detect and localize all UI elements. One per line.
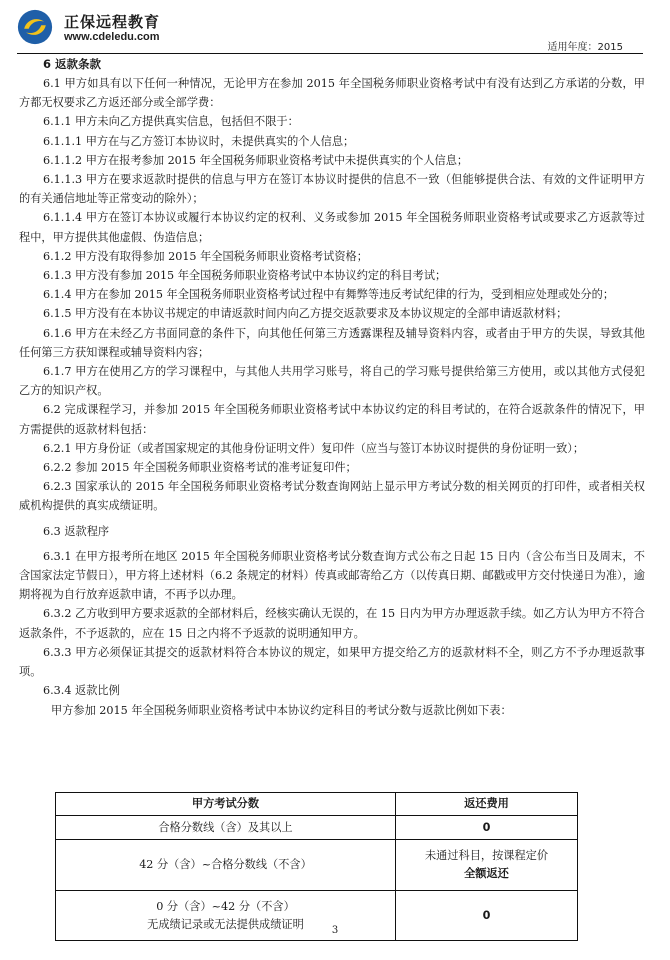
clause-6-3: 6.3 返款程序 bbox=[19, 522, 645, 541]
clause-6-1-1: 6.1.1 甲方未向乙方提供真实信息，包括但不限于： bbox=[19, 112, 645, 131]
clause-6-2-2: 6.2.2 参加 2015 年全国税务师职业资格考试的准考证复印件； bbox=[19, 458, 645, 477]
clause-6-1-1-4: 6.1.1.4 甲方在签订本协议或履行本协议约定的权利、义务或参加 2015 年… bbox=[19, 208, 645, 246]
applicable-year: 适用年度：2015 bbox=[548, 38, 623, 53]
clause-6-1-1-2: 6.1.1.2 甲方在报考参加 2015 年全国税务师职业资格考试中未提供真实的… bbox=[19, 151, 645, 170]
table-intro: 甲方参加 2015 年全国税务师职业资格考试中本协议约定科目的考试分数与返款比例… bbox=[19, 701, 645, 720]
clause-6-3-4: 6.3.4 返款比例 bbox=[19, 681, 645, 700]
clause-6-1-7: 6.1.7 甲方在使用乙方的学习课程中，与其他人共用学习账号，将自己的学习账号提… bbox=[19, 362, 645, 400]
clause-6-1-3: 6.1.3 甲方没有参加 2015 年全国税务师职业资格考试中本协议约定的科目考… bbox=[19, 266, 645, 285]
refund-cell: 未通过科目，按课程定价 全额返还 bbox=[396, 840, 578, 891]
refund-cell: 0 bbox=[396, 816, 578, 840]
table-row: 合格分数线（含）及其以上 0 bbox=[56, 816, 578, 840]
score-range: 0 分（含）~42 分（不含） bbox=[56, 898, 395, 916]
clause-6-1: 6.1 甲方如具有以下任何一种情况，无论甲方在参加 2015 年全国税务师职业资… bbox=[19, 74, 645, 112]
section-title: 6 返款条款 bbox=[19, 54, 645, 74]
page-header: 正保远程教育 www.cdeledu.com 适用年度：2015 bbox=[0, 0, 670, 52]
clause-6-1-2: 6.1.2 甲方没有取得参加 2015 年全国税务师职业资格考试资格； bbox=[19, 247, 645, 266]
clause-6-2: 6.2 完成课程学习，并参加 2015 年全国税务师职业资格考试中本协议约定的科… bbox=[19, 400, 645, 438]
table-row: 42 分（含）~合格分数线（不含） 未通过科目，按课程定价 全额返还 bbox=[56, 840, 578, 891]
clause-6-1-5: 6.1.5 甲方没有在本协议书规定的申请返款时间内向乙方提交返款要求及本协议规定… bbox=[19, 304, 645, 323]
cdeledu-logo-icon bbox=[17, 9, 53, 45]
clause-6-2-1: 6.2.1 甲方身份证（或者国家规定的其他身份证明文件）复印件（应当与签订本协议… bbox=[19, 439, 645, 458]
clause-6-3-3: 6.3.3 甲方必须保证其提交的返款材料符合本协议的规定，如果甲方提交给乙方的返… bbox=[19, 643, 645, 681]
brand-url: www.cdeledu.com bbox=[64, 31, 160, 43]
header-refund: 返还费用 bbox=[396, 793, 578, 816]
score-cell: 42 分（含）~合格分数线（不含） bbox=[56, 840, 396, 891]
page-number: 3 bbox=[0, 925, 670, 936]
clause-6-2-3: 6.2.3 国家承认的 2015 年全国税务师职业资格考试分数查询网站上显示甲方… bbox=[19, 477, 645, 515]
clause-6-1-1-3: 6.1.1.3 甲方在要求返款时提供的信息与甲方在签订本协议时提供的信息不一致（… bbox=[19, 170, 645, 208]
table-header-row: 甲方考试分数 返还费用 bbox=[56, 793, 578, 816]
clause-6-1-1-1: 6.1.1.1 甲方在与乙方签订本协议时，未提供真实的个人信息； bbox=[19, 132, 645, 151]
brand-name: 正保远程教育 bbox=[64, 11, 160, 32]
refund-note: 未通过科目，按课程定价 bbox=[396, 847, 577, 865]
clause-6-3-1: 6.3.1 在甲方报考所在地区 2015 年全国税务师职业资格考试分数查询方式公… bbox=[19, 547, 645, 605]
refund-ratio-table: 甲方考试分数 返还费用 合格分数线（含）及其以上 0 42 分（含）~合格分数线… bbox=[55, 792, 578, 941]
document-body: 6 返款条款 6.1 甲方如具有以下任何一种情况，无论甲方在参加 2015 年全… bbox=[19, 54, 645, 720]
header-score: 甲方考试分数 bbox=[56, 793, 396, 816]
score-cell: 合格分数线（含）及其以上 bbox=[56, 816, 396, 840]
clause-6-1-4: 6.1.4 甲方在参加 2015 年全国税务师职业资格考试过程中有舞弊等违反考试… bbox=[19, 285, 645, 304]
refund-full-amount: 全额返还 bbox=[396, 865, 577, 883]
clause-6-1-6: 6.1.6 甲方在未经乙方书面同意的条件下，向其他任何第三方透露课程及辅导资料内… bbox=[19, 324, 645, 362]
clause-6-3-2: 6.3.2 乙方收到甲方要求返款的全部材料后，经核实确认无误的，在 15 日内为… bbox=[19, 604, 645, 642]
